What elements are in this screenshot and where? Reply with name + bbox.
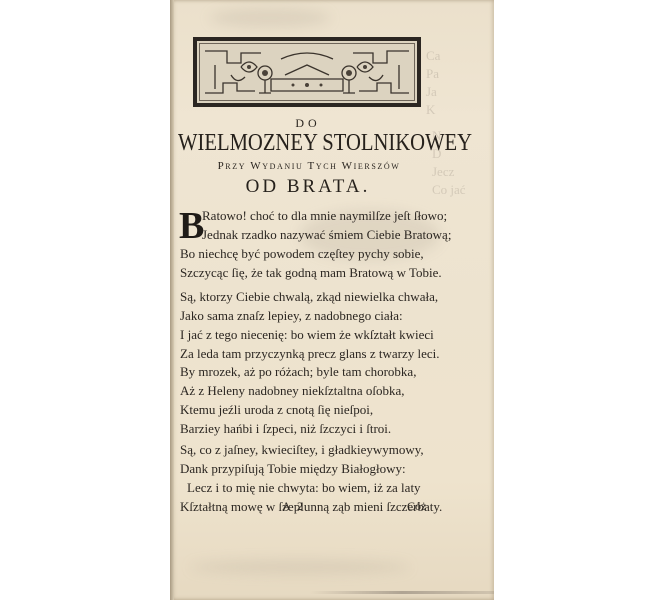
heading-to: DO [170,116,446,131]
drop-cap: B [179,208,204,244]
catchword: Cóż [407,499,426,514]
book-page: Ca Pa Ja K N D Jecz Co jać [170,0,494,600]
scan-canvas: Ca Pa Ja K N D Jecz Co jać [0,0,663,600]
poem-line: Aż z Heleny nadobney niekſztaltna oſobka… [180,381,480,400]
poem-line: Ratowo! choć to dla mnie naymilſze jeſt … [180,206,480,225]
poem-line: I jać z tego niecenię: bo wiem że wkſzta… [180,325,480,344]
poem-line: Za leda tam przyczynką precz glans z twa… [180,344,480,363]
heading-recipient: WIELMOZNEY STOLNIKOWEY [178,130,407,156]
poem-line: By mrozek, aż po różach; byle tam chorob… [180,362,480,381]
poem-line: Barziey hańbi i ſzpeci, niż ſzczyci i ſt… [180,419,480,438]
stanza-3: By mrozek, aż po różach; byle tam chorob… [180,362,480,438]
bleed-through-text: Pa [426,66,439,82]
poem-line: Szczycąc ſię, że tak godną mam Bratową w… [180,263,480,282]
poem-line: Dank przypiſują Tobie między Białogłowy: [180,459,480,478]
headpiece-ornament [193,37,421,107]
stanza-2: Są, ktorzy Ciebie chwalą, zkąd niewielka… [180,287,480,363]
printer-signature: A 2 [282,499,305,514]
poem-line: Jednak rzadko nazywać śmiem Ciebie Brato… [180,225,480,244]
page-footer: A 2 Cóż [170,499,494,515]
bleed-through-text: Ca [426,48,440,64]
floral-ornament-icon [201,45,413,99]
heading-occasion: Przy Wydaniu Tych Wierszów [184,160,434,172]
poem-line: Są, co z jaſney, kwieciſtey, i gładkieyw… [180,440,480,459]
poem-line: Jako sama znaſz lepiey, z nadobnego ciał… [180,306,480,325]
paper-stain [190,560,410,574]
poem-line: Bo niechcę być powodem częſtey pychy sob… [180,244,480,263]
bleed-through-text: Ja [426,84,437,100]
paper-stain [210,8,330,28]
poem-line: Ktemu jeźli uroda z cnotą ſię nieſpoi, [180,400,480,419]
poem-line: Lecz i to mię nie chwyta: bo wiem, iż za… [180,478,480,497]
poem-line: Są, ktorzy Ciebie chwalą, zkąd niewielka… [180,287,480,306]
stanza-1: B Ratowo! choć to dla mnie naymilſze jeſ… [180,206,480,282]
heading-from: OD BRATA. [170,176,446,198]
